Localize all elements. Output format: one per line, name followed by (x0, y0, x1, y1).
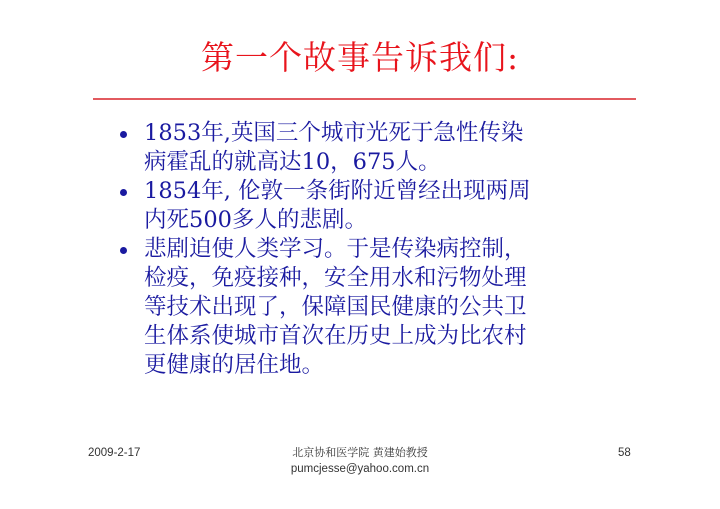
slide: 第一个故事告诉我们: 1853年,英国三个城市光死于急性传染 病霍乱的就高达10… (0, 0, 720, 509)
bullet-dot-icon (120, 131, 127, 138)
title-divider (93, 98, 636, 100)
slide-title: 第一个故事告诉我们: (0, 38, 720, 78)
bullet-item: 悲剧迫使人类学习。于是传染病控制， 检疫，免疫接种，安全用水和污物处理 等技术出… (116, 235, 636, 380)
bullet-list: 1853年,英国三个城市光死于急性传染 病霍乱的就高达10，675人。 1854… (116, 119, 636, 380)
bullet-dot-icon (120, 189, 127, 196)
footer-author: 北京协和医学院 黄建始教授 (250, 444, 470, 461)
bullet-item: 1853年,英国三个城市光死于急性传染 病霍乱的就高达10，675人。 (116, 119, 636, 177)
bullet-item: 1854年, 伦敦一条街附近曾经出现两周 内死500多人的悲剧。 (116, 177, 636, 235)
page-number: 58 (618, 447, 631, 459)
bullet-text: 1854年, 伦敦一条街附近曾经出现两周 内死500多人的悲剧。 (144, 177, 636, 235)
bullet-dot-icon (120, 247, 127, 254)
footer-email: pumcjesse@yahoo.com.cn (250, 461, 470, 478)
bullet-text: 悲剧迫使人类学习。于是传染病控制， 检疫，免疫接种，安全用水和污物处理 等技术出… (144, 235, 636, 380)
bullet-text: 1853年,英国三个城市光死于急性传染 病霍乱的就高达10，675人。 (144, 119, 636, 177)
footer-author-block: 北京协和医学院 黄建始教授 pumcjesse@yahoo.com.cn (250, 444, 470, 478)
footer-date: 2009-2-17 (88, 447, 140, 459)
